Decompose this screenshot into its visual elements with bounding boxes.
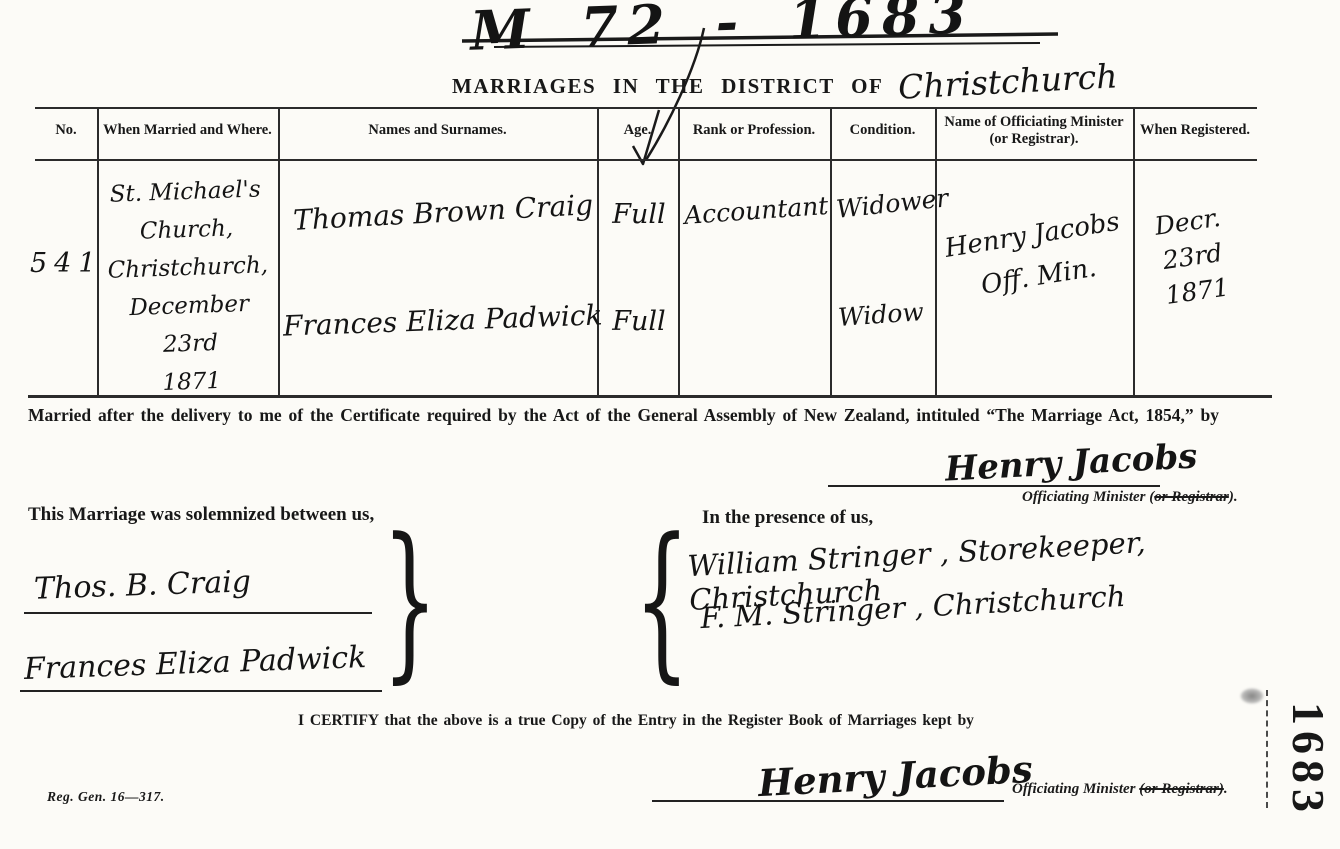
side-registration-number: 1683 xyxy=(1282,702,1335,818)
minister-signature-bottom: Henry Jacobs xyxy=(757,747,1034,805)
minister-caption-bottom: Officiating Minister (or Registrar). xyxy=(1012,781,1228,798)
column-header-condition: Condition. xyxy=(830,122,935,139)
column-header-names: Names and Surnames. xyxy=(278,122,597,139)
table-column-line-3 xyxy=(597,108,599,396)
entry-groom-rank: Accountant xyxy=(683,191,829,230)
ink-smudge xyxy=(1240,688,1264,704)
minister-caption-middle: Officiating Minister (or Registrar). xyxy=(1022,489,1238,506)
when-married-line: December 23rd xyxy=(99,284,281,366)
marriage-act-statement: Married after the delivery to me of the … xyxy=(28,405,1328,426)
bride-signature-line xyxy=(20,690,382,692)
minister-signature-line-middle xyxy=(828,485,1160,487)
column-header-no: No. xyxy=(35,122,97,139)
entry-groom-name: Thomas Brown Craig xyxy=(292,188,594,237)
solemnized-label: This Marriage was solemnized between us, xyxy=(28,504,374,526)
margin-dashed-line xyxy=(1266,690,1268,808)
entry-bride-name: Frances Eliza Padwick xyxy=(283,298,603,342)
when-married-line: 1871 xyxy=(102,360,282,404)
groom-signature: Thos. B. Craig xyxy=(33,564,251,607)
entry-when-married-where: St. Michael's Church, Christchurch, Dece… xyxy=(95,170,282,404)
entry-groom-condition: Widower xyxy=(835,183,950,224)
document-title: MARRIAGES IN THE DISTRICT OF xyxy=(452,74,883,99)
table-border-top xyxy=(35,107,1257,109)
right-brace-glyph: } xyxy=(382,516,438,685)
caption-prefix: Officiating Minister ( xyxy=(1022,489,1154,505)
when-married-line: Church, xyxy=(96,208,276,252)
form-reference: Reg. Gen. 16—317. xyxy=(47,789,165,805)
column-header-when-married: When Married and Where. xyxy=(97,122,278,139)
column-header-when-registered: When Registered. xyxy=(1133,122,1257,139)
minister-signature-middle: Henry Jacobs xyxy=(944,436,1198,489)
caption-struck-text: or Registrar xyxy=(1154,489,1229,505)
table-column-line-4 xyxy=(678,108,680,396)
column-header-age: Age. xyxy=(597,122,678,139)
caption-suffix: . xyxy=(1224,781,1228,797)
bride-signature: Frances Eliza Padwick xyxy=(23,640,366,687)
entry-bride-condition: Widow xyxy=(837,297,925,332)
column-header-minister: Name of Officiating Minister (or Registr… xyxy=(940,114,1128,148)
caption-struck-text: (or Registrar) xyxy=(1139,781,1224,797)
entry-when-registered: Decr. 23rd 1871 xyxy=(1133,197,1252,316)
presence-label: In the presence of us, xyxy=(702,507,873,529)
minister-signature-line-bottom xyxy=(652,800,1004,802)
entry-groom-age: Full xyxy=(600,199,678,230)
reference-number: M 72 - 1683 xyxy=(469,0,976,63)
table-header-separator xyxy=(35,159,1257,161)
left-brace-glyph: { xyxy=(634,516,690,685)
entry-bride-age: Full xyxy=(600,306,678,337)
when-married-line: Christchurch, xyxy=(98,246,278,290)
caption-suffix: ). xyxy=(1229,489,1238,505)
column-header-rank: Rank or Profession. xyxy=(678,122,830,139)
entry-number: 541 xyxy=(30,248,97,279)
when-married-line: St. Michael's xyxy=(95,170,275,214)
groom-signature-line xyxy=(24,612,372,614)
certify-statement: I CERTIFY that the above is a true Copy … xyxy=(298,712,974,730)
entry-officiating-minister: Henry Jacobs Off. Min. xyxy=(933,199,1139,312)
marriage-certificate-page: M 72 - 1683 MARRIAGES IN THE DISTRICT OF… xyxy=(0,0,1340,849)
table-column-line-5 xyxy=(830,108,832,396)
caption-prefix: Officiating Minister xyxy=(1012,781,1139,797)
district-name-handwritten: Christchurch xyxy=(897,56,1118,106)
